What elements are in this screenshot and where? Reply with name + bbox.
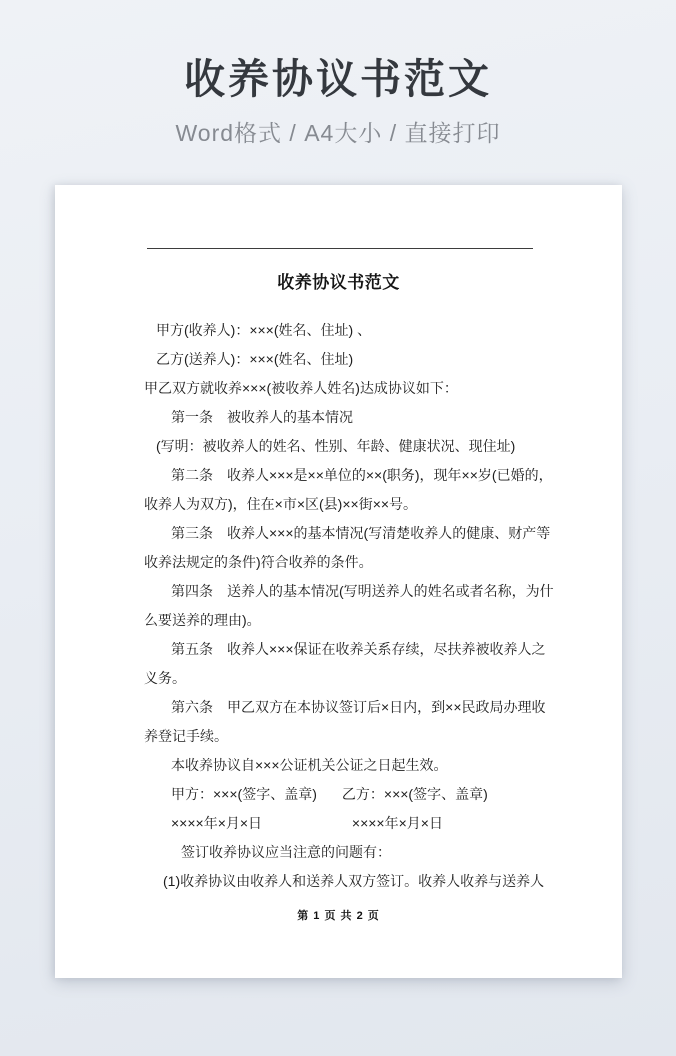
signature-date-b: ××××年×月×日 <box>352 815 443 831</box>
doc-line: 第五条 收养人×××保证在收养关系存续，尽扶养被收养人之 <box>144 635 546 664</box>
doc-line: 本收养协议自×××公证机关公证之日起生效。 <box>144 751 546 780</box>
header: 收养协议书范文 Word格式 / A4大小 / 直接打印 <box>0 0 676 148</box>
doc-line: 签订收养协议应当注意的问题有： <box>144 838 546 867</box>
signature-row: 甲方：×××(签字、盖章) 乙方：×××(签字、盖章) <box>144 780 546 809</box>
doc-line: 乙方(送养人)：×××(姓名、住址) <box>144 345 546 374</box>
doc-line: 么要送养的理由)。 <box>144 606 546 635</box>
doc-line: 义务。 <box>144 664 546 693</box>
document-top-rule <box>147 248 533 249</box>
doc-line: 收养法规定的条件)符合收养的条件。 <box>144 548 546 577</box>
document-body: 甲方(收养人)：×××(姓名、住址) 、 乙方(送养人)：×××(姓名、住址) … <box>144 316 546 896</box>
doc-line: 第四条 送养人的基本情况(写明送养人的姓名或者名称，为什 <box>144 577 546 606</box>
signature-date-a: ××××年×月×日 <box>171 809 348 838</box>
doc-line: 甲方(收养人)：×××(姓名、住址) 、 <box>144 316 546 345</box>
signature-date-row: ××××年×月×日 ××××年×月×日 <box>144 809 546 838</box>
doc-line: 第三条 收养人×××的基本情况(写清楚收养人的健康、财产等 <box>144 519 546 548</box>
page-subtitle: Word格式 / A4大小 / 直接打印 <box>0 115 676 148</box>
document-title: 收养协议书范文 <box>55 268 622 293</box>
doc-line: 第一条 被收养人的基本情况 <box>144 403 546 432</box>
signature-party-b: 乙方：×××(签字、盖章) <box>342 786 488 802</box>
page-background: { "header": { "title": "收养协议书范文", "subti… <box>0 0 676 1056</box>
page-title: 收养协议书范文 <box>0 56 676 103</box>
doc-line: (写明：被收养人的姓名、性别、年龄、健康状况、现住址) <box>144 432 546 461</box>
page-number: 第 1 页 共 2 页 <box>55 907 622 923</box>
doc-line: 养登记手续。 <box>144 722 546 751</box>
doc-line: 甲乙双方就收养×××(被收养人姓名)达成协议如下： <box>144 374 546 403</box>
doc-line: 第六条 甲乙双方在本协议签订后×日内，到××民政局办理收 <box>144 693 546 722</box>
doc-line: 第二条 收养人×××是××单位的××(职务)，现年××岁(已婚的， <box>144 461 546 490</box>
document-page: 收养协议书范文 甲方(收养人)：×××(姓名、住址) 、 乙方(送养人)：×××… <box>55 185 622 978</box>
doc-line: (1)收养协议由收养人和送养人双方签订。收养人收养与送养人 <box>144 867 546 896</box>
doc-line: 收养人为双方)，住在×市×区(县)××街××号。 <box>144 490 546 519</box>
signature-party-a: 甲方：×××(签字、盖章) <box>171 780 338 809</box>
